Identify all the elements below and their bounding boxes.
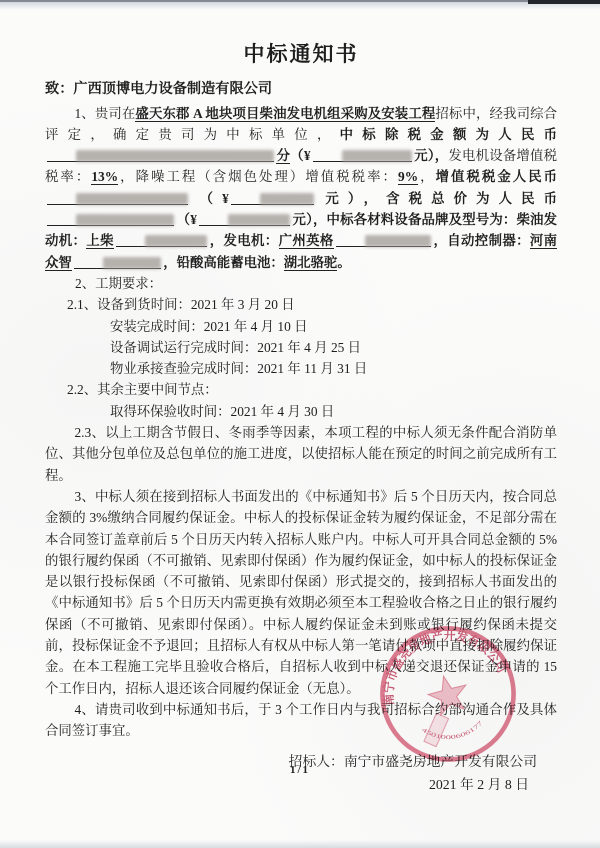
schedule-item-environmental: 取得环保验收时间：2021 年 4 月 30 日 <box>45 401 557 422</box>
scanned-document-page: 中标通知书 致：广西顶博电力设备制造有限公司 1、贵司在盛天东郡 A 地块项目柴… <box>0 0 600 848</box>
paragraph-1-award: 1、贵司在盛天东郡 A 地块项目柴油发电机组采购及安装工程招标中，经我司综合评定… <box>45 103 557 273</box>
redacted-value <box>199 211 290 226</box>
redacted-value <box>47 211 174 226</box>
schedule-item-midpoints: 2.2、其余主要中间节点： <box>45 379 557 400</box>
redacted-value <box>313 147 412 162</box>
page-number: 1/1 <box>0 764 600 776</box>
redacted-value <box>74 254 161 269</box>
schedule-heading: 2、工期要求： <box>45 273 557 294</box>
seal-star-icon <box>425 671 472 716</box>
redacted-value <box>336 232 431 247</box>
recipient-line: 致：广西顶博电力设备制造有限公司 <box>45 79 557 100</box>
company-seal-stamp: 南宁市盛尧房地产开发有限公司 4501000606177 <box>364 610 532 778</box>
redacted-value <box>47 190 188 205</box>
redacted-value <box>231 190 314 205</box>
paragraph-2-3-schedule-note: 2.3、以上工期含节假日、冬雨季等因素，本项工程的中标人须无条件配合消防单位、其… <box>45 422 557 486</box>
schedule-item-handover: 物业承接查验完成时间：2021 年 11 月 31 日 <box>45 358 557 379</box>
schedule-item-commissioning: 设备调试运行完成时间：2021 年 4 月 25 日 <box>45 337 557 358</box>
schedule-item-install: 安装完成时间：2021 年 4 月 10 日 <box>45 316 557 337</box>
redacted-value <box>116 232 207 247</box>
schedule-item-delivery: 2.1、设备到货时间：2021 年 3 月 20 日 <box>45 294 557 315</box>
document-title: 中标通知书 <box>45 44 557 65</box>
redacted-value <box>47 147 274 162</box>
scan-bottom-edge <box>0 840 600 848</box>
